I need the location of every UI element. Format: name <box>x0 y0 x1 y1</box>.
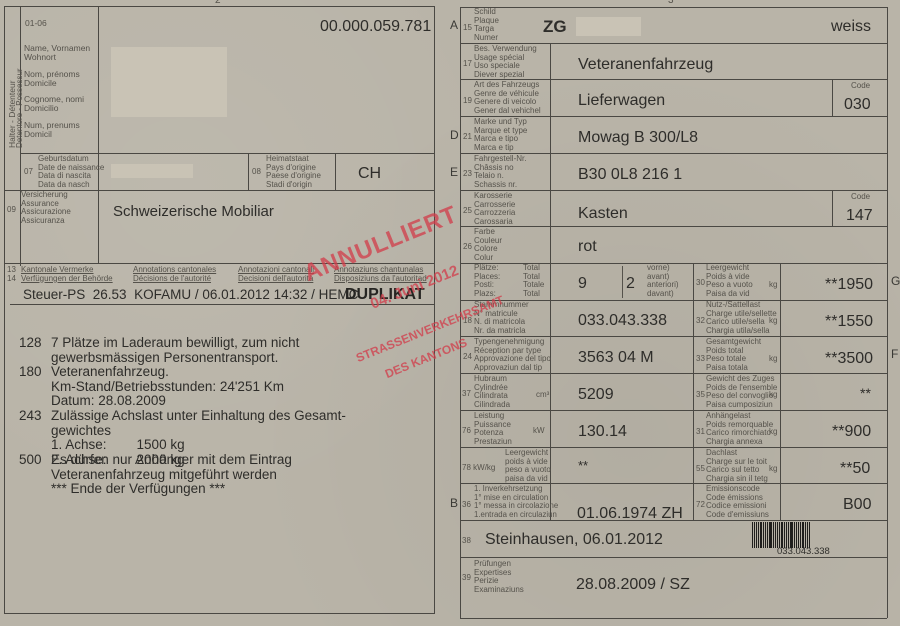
type-approval-value: 3563 04 M <box>578 349 654 367</box>
vehicle-type-code-label: Code <box>851 82 870 91</box>
annotation-text: 7 Plätze im Laderaum bewilligt, zum nich… <box>51 336 299 365</box>
plate-label: Schild Plaque Targa Numer <box>474 8 499 42</box>
make-model-code: 21 <box>463 132 472 141</box>
type-approval-code: 24 <box>463 352 472 361</box>
power-unit: kW <box>533 426 545 435</box>
birth-date-code: 07 <box>24 167 33 176</box>
power-ratio-label: Leergewicht poids à vide peso a vuoto pa… <box>505 449 551 483</box>
body-code-value: 147 <box>846 207 873 225</box>
annotation-code: 180 <box>19 365 42 380</box>
annotation-codes: 13 14 <box>7 266 16 283</box>
color-value: rot <box>578 238 597 256</box>
make-model-value: Mowag B 300/L8 <box>578 129 698 147</box>
vehicle-type-code: 19 <box>463 96 472 105</box>
chassis-code: 23 <box>463 169 472 178</box>
power-label: Leistung Puissance Potenza Prestaziun <box>474 412 512 446</box>
annotation-code: 128 <box>19 336 42 351</box>
annotation-header-de: Kantonale Vermerke Verfügungen der Behör… <box>21 266 113 283</box>
total-weight-code: 33 <box>696 354 705 363</box>
empty-weight-value: **1950 <box>825 276 873 294</box>
plate-number-redacted <box>576 17 641 36</box>
body-label: Karosserie Carrosserie Carrozzeria Caros… <box>474 192 515 226</box>
place-date-code: 38 <box>462 536 471 545</box>
displacement-unit: cm³ <box>536 390 549 399</box>
payload-label: Nutz-/Sattellast Charge utile/sellette C… <box>706 301 777 335</box>
special-use-label: Bes. Verwendung Usage spécial Uso specia… <box>474 45 537 79</box>
body-value: Kasten <box>578 205 628 223</box>
tax-line: Steuer-PS 26.53 KOFAMU / 06.01.2012 14:3… <box>23 287 358 302</box>
total-weight-label: Gesamtgewicht Poids total Peso totale Pa… <box>706 338 761 372</box>
birth-date-redacted <box>111 164 193 178</box>
power-ratio-unit: kW/kg <box>473 463 495 472</box>
displacement-value: 5209 <box>578 386 614 404</box>
trailer-load-label: Anhängelast Poids remorquable Carico rim… <box>706 412 773 446</box>
barcode <box>752 522 811 548</box>
body-code: 25 <box>463 206 472 215</box>
power-value: 130.14 <box>578 423 627 441</box>
displacement-code: 37 <box>462 389 471 398</box>
make-model-label: Marke und Typ Marque et type Marca e tip… <box>474 118 527 152</box>
seats-total: 9 <box>578 275 587 293</box>
train-weight-value: ** <box>860 385 871 401</box>
barcode-number: 033.043.338 <box>777 546 830 557</box>
holder-name-label-it: Cognome, nomi Domicilio <box>24 95 84 113</box>
place-date-value: Steinhausen, 06.01.2012 <box>485 531 663 549</box>
vehicle-type-value: Lieferwagen <box>578 92 665 110</box>
insurance-value: Schweizerische Mobiliar <box>113 203 274 220</box>
roof-load-code: 55 <box>696 464 705 473</box>
power-ratio-code-text: 78 <box>462 463 471 472</box>
field-letter-f: F <box>891 347 898 361</box>
holder-name-redacted <box>111 47 227 117</box>
emission-code-label: Emissionscode Code émissions Codice emis… <box>706 485 769 519</box>
seats-front-label: vorne) avant) anteriori) davant) <box>647 264 679 298</box>
train-weight-label: Gewicht des Zuges Poids de l'ensemble Pe… <box>706 375 777 409</box>
seats-front: 2 <box>626 275 635 293</box>
power-ratio-code: 78 kW/kg <box>462 463 495 472</box>
empty-weight-label: Leergewicht Poids à vide Peso a vuoto Pa… <box>706 264 753 298</box>
emission-code-value: B00 <box>843 496 871 514</box>
trailer-load-value: **900 <box>832 423 871 441</box>
origin-code: 08 <box>252 167 261 176</box>
field-letter-b: B <box>450 496 458 510</box>
field-letter-e: E <box>450 165 458 179</box>
total-weight-unit: kg <box>769 354 777 363</box>
plate-canton: ZG <box>543 17 567 37</box>
inspections-label: Prüfungen Expertises Perizie Examinaziun… <box>474 560 524 594</box>
annotation-code: 243 <box>19 409 42 424</box>
payload-value: **1550 <box>825 313 873 331</box>
inspections-value: 28.08.2009 / SZ <box>576 576 690 594</box>
chassis-value: B30 0L8 216 1 <box>578 166 682 184</box>
color-code: 26 <box>463 242 472 251</box>
train-weight-unit: kg <box>769 390 777 399</box>
field-letter-a: A <box>450 18 458 32</box>
special-use-value: Veteranenfahrzeug <box>578 56 713 74</box>
first-registration-code: 36 <box>462 500 471 509</box>
seats-total-label: Total Total Totale Total <box>523 264 544 298</box>
inspections-code: 39 <box>462 573 471 582</box>
field-letter-g: G <box>891 274 900 288</box>
body-code-label: Code <box>851 193 870 202</box>
annotation-code: 500 <box>19 453 42 468</box>
displacement-label: Hubraum Cylindrée Cilindrata Cilindrada <box>474 375 510 409</box>
field-letter-d: D <box>450 128 459 142</box>
roof-load-unit: kg <box>769 464 777 473</box>
vehicle-type-code-value: 030 <box>844 96 871 114</box>
insurance-label: Versicherung Assurance Assicurazione Ass… <box>21 191 71 225</box>
holder-name-label-rm: Num, prenums Domicil <box>24 121 80 139</box>
holder-name-label-de: Name, Vornamen Wohnort <box>24 44 90 62</box>
holder-name-label-fr: Nom, prénoms Domicile <box>24 70 80 88</box>
empty-weight-unit: kg <box>769 280 777 289</box>
empty-weight-code: 30 <box>696 278 705 287</box>
payload-unit: kg <box>769 316 777 325</box>
holder-side-label-2: Detentore - Possessur <box>15 68 24 148</box>
power-code: 76 <box>462 426 471 435</box>
color-label: Farbe Couleur Colore Colur <box>474 228 502 262</box>
power-ratio-value: ** <box>578 458 588 473</box>
trailer-load-code: 31 <box>696 427 705 436</box>
emission-code-code: 72 <box>696 500 705 509</box>
trailer-load-unit: kg <box>769 427 777 436</box>
vehicle-type-label: Art des Fahrzeugs Genre de véhicule Gene… <box>474 81 541 115</box>
origin-value: CH <box>358 165 381 183</box>
roof-load-value: **50 <box>840 460 870 478</box>
payload-code: 32 <box>696 316 705 325</box>
plate-code: 15 <box>463 23 472 32</box>
insurance-code: 09 <box>7 205 16 214</box>
roof-load-label: Dachlast Charge sur le toit Carico sul t… <box>706 449 768 483</box>
document-number: 00.000.059.781 <box>320 18 431 36</box>
first-registration-label: 1. Inverkehrsetzung 1° mise en circulati… <box>474 485 558 519</box>
master-number-value: 033.043.338 <box>578 312 667 330</box>
holder-section-code: 01-06 <box>25 19 47 28</box>
annotation-text: Veteranenfahrzeug. Km-Stand/Betriebsstun… <box>51 365 284 409</box>
total-weight-value: **3500 <box>825 350 873 368</box>
first-registration-value: 01.06.1974 ZH <box>577 505 683 523</box>
birth-date-label: Geburtsdatum Date de naissance Data di n… <box>38 155 104 189</box>
page-number-right: 3 <box>668 0 674 6</box>
origin-label: Heimatstaat Pays d'origine Paese d'origi… <box>266 155 321 189</box>
special-use-code: 17 <box>463 59 472 68</box>
plate-color: weiss <box>831 18 871 36</box>
train-weight-code: 35 <box>696 390 705 399</box>
annotation-text: Es dürfen nur Anhänger mit dem Eintrag V… <box>51 453 292 497</box>
annotation-header-fr: Annotations cantonales Décisions de l'au… <box>133 266 216 283</box>
type-approval-label: Typengenehmigung Réception par type Appr… <box>474 338 551 372</box>
chassis-label: Fahrgestell-Nr. Châssis no Telaio n. Sch… <box>474 155 526 189</box>
